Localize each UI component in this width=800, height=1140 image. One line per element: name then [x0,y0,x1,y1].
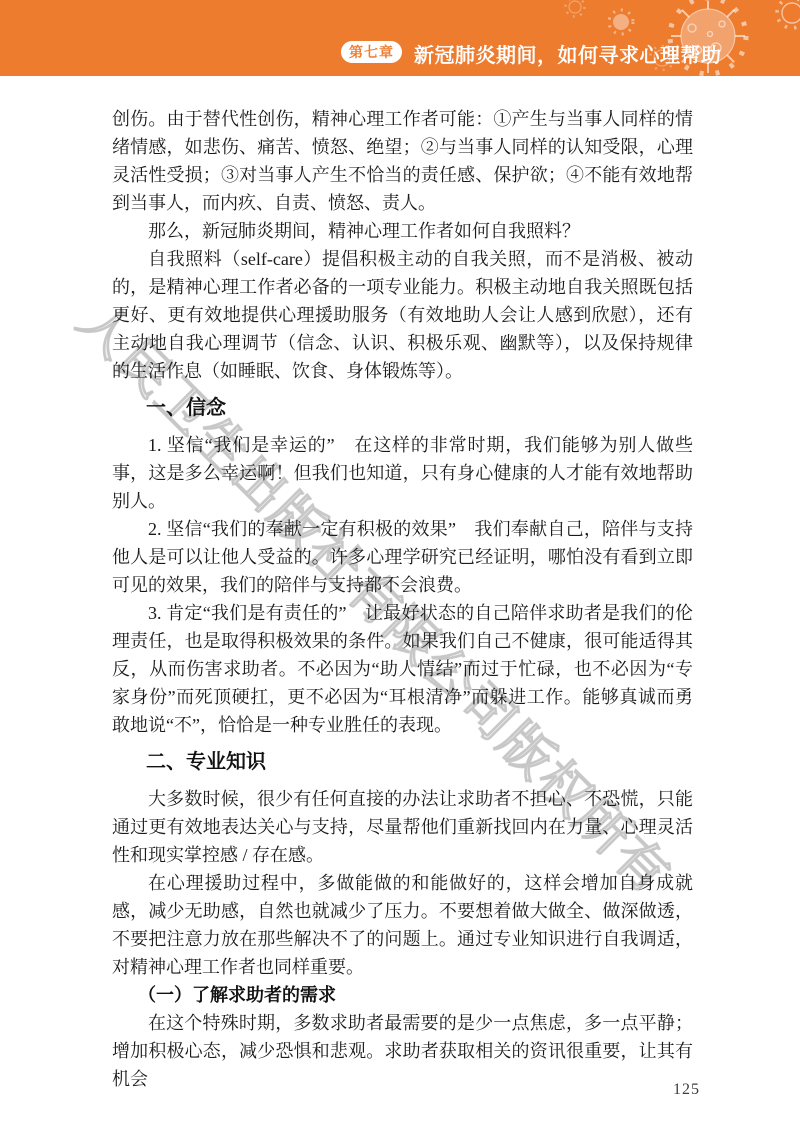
body-paragraph: 创伤。由于替代性创伤，精神心理工作者可能：①产生与当事人同样的情绪情感，如悲伤、… [112,105,693,217]
section-heading-professional-knowledge: 二、专业知识 [112,747,693,777]
body-paragraph: 在这个特殊时期，多数求助者最需要的是少一点焦虑，多一点平静；增加积极心态，减少恐… [112,1009,693,1093]
chapter-badge: 第七章 [341,41,402,63]
body-paragraph: 3. 肯定“我们是有责任的” 让最好状态的自己陪伴求助者是我们的伦理责任，也是取… [112,599,693,739]
section-heading-belief: 一、信念 [112,393,693,423]
chapter-title: 新冠肺炎期间，如何寻求心理帮助 [414,39,722,68]
chapter-badge-label: 第七章 [349,42,394,62]
subsection-heading-needs: （一）了解求助者的需求 [112,981,693,1009]
chapter-header-banner: 第七章 新冠肺炎期间，如何寻求心理帮助 [0,0,800,76]
body-paragraph: 2. 坚信“我们的奉献一定有积极的效果” 我们奉献自己，陪伴与支持他人是可以让他… [112,515,693,599]
body-paragraph: 在心理援助过程中，多做能做的和能做好的，这样会增加自身成就感，减少无助感，自然也… [112,869,693,981]
body-paragraph: 1. 坚信“我们是幸运的” 在这样的非常时期，我们能够为别人做些事，这是多么幸运… [112,431,693,515]
body-paragraph: 那么，新冠肺炎期间，精神心理工作者如何自我照料？ [112,217,693,245]
page-body: 创伤。由于替代性创伤，精神心理工作者可能：①产生与当事人同样的情绪情感，如悲伤、… [112,76,693,1093]
body-paragraph: 自我照料（self-care）提倡积极主动的自我关照，而不是消极、被动的，是精神… [112,245,693,385]
body-paragraph: 大多数时候，很少有任何直接的办法让求助者不担心、不恐慌，只能通过更有效地表达关心… [112,785,693,869]
